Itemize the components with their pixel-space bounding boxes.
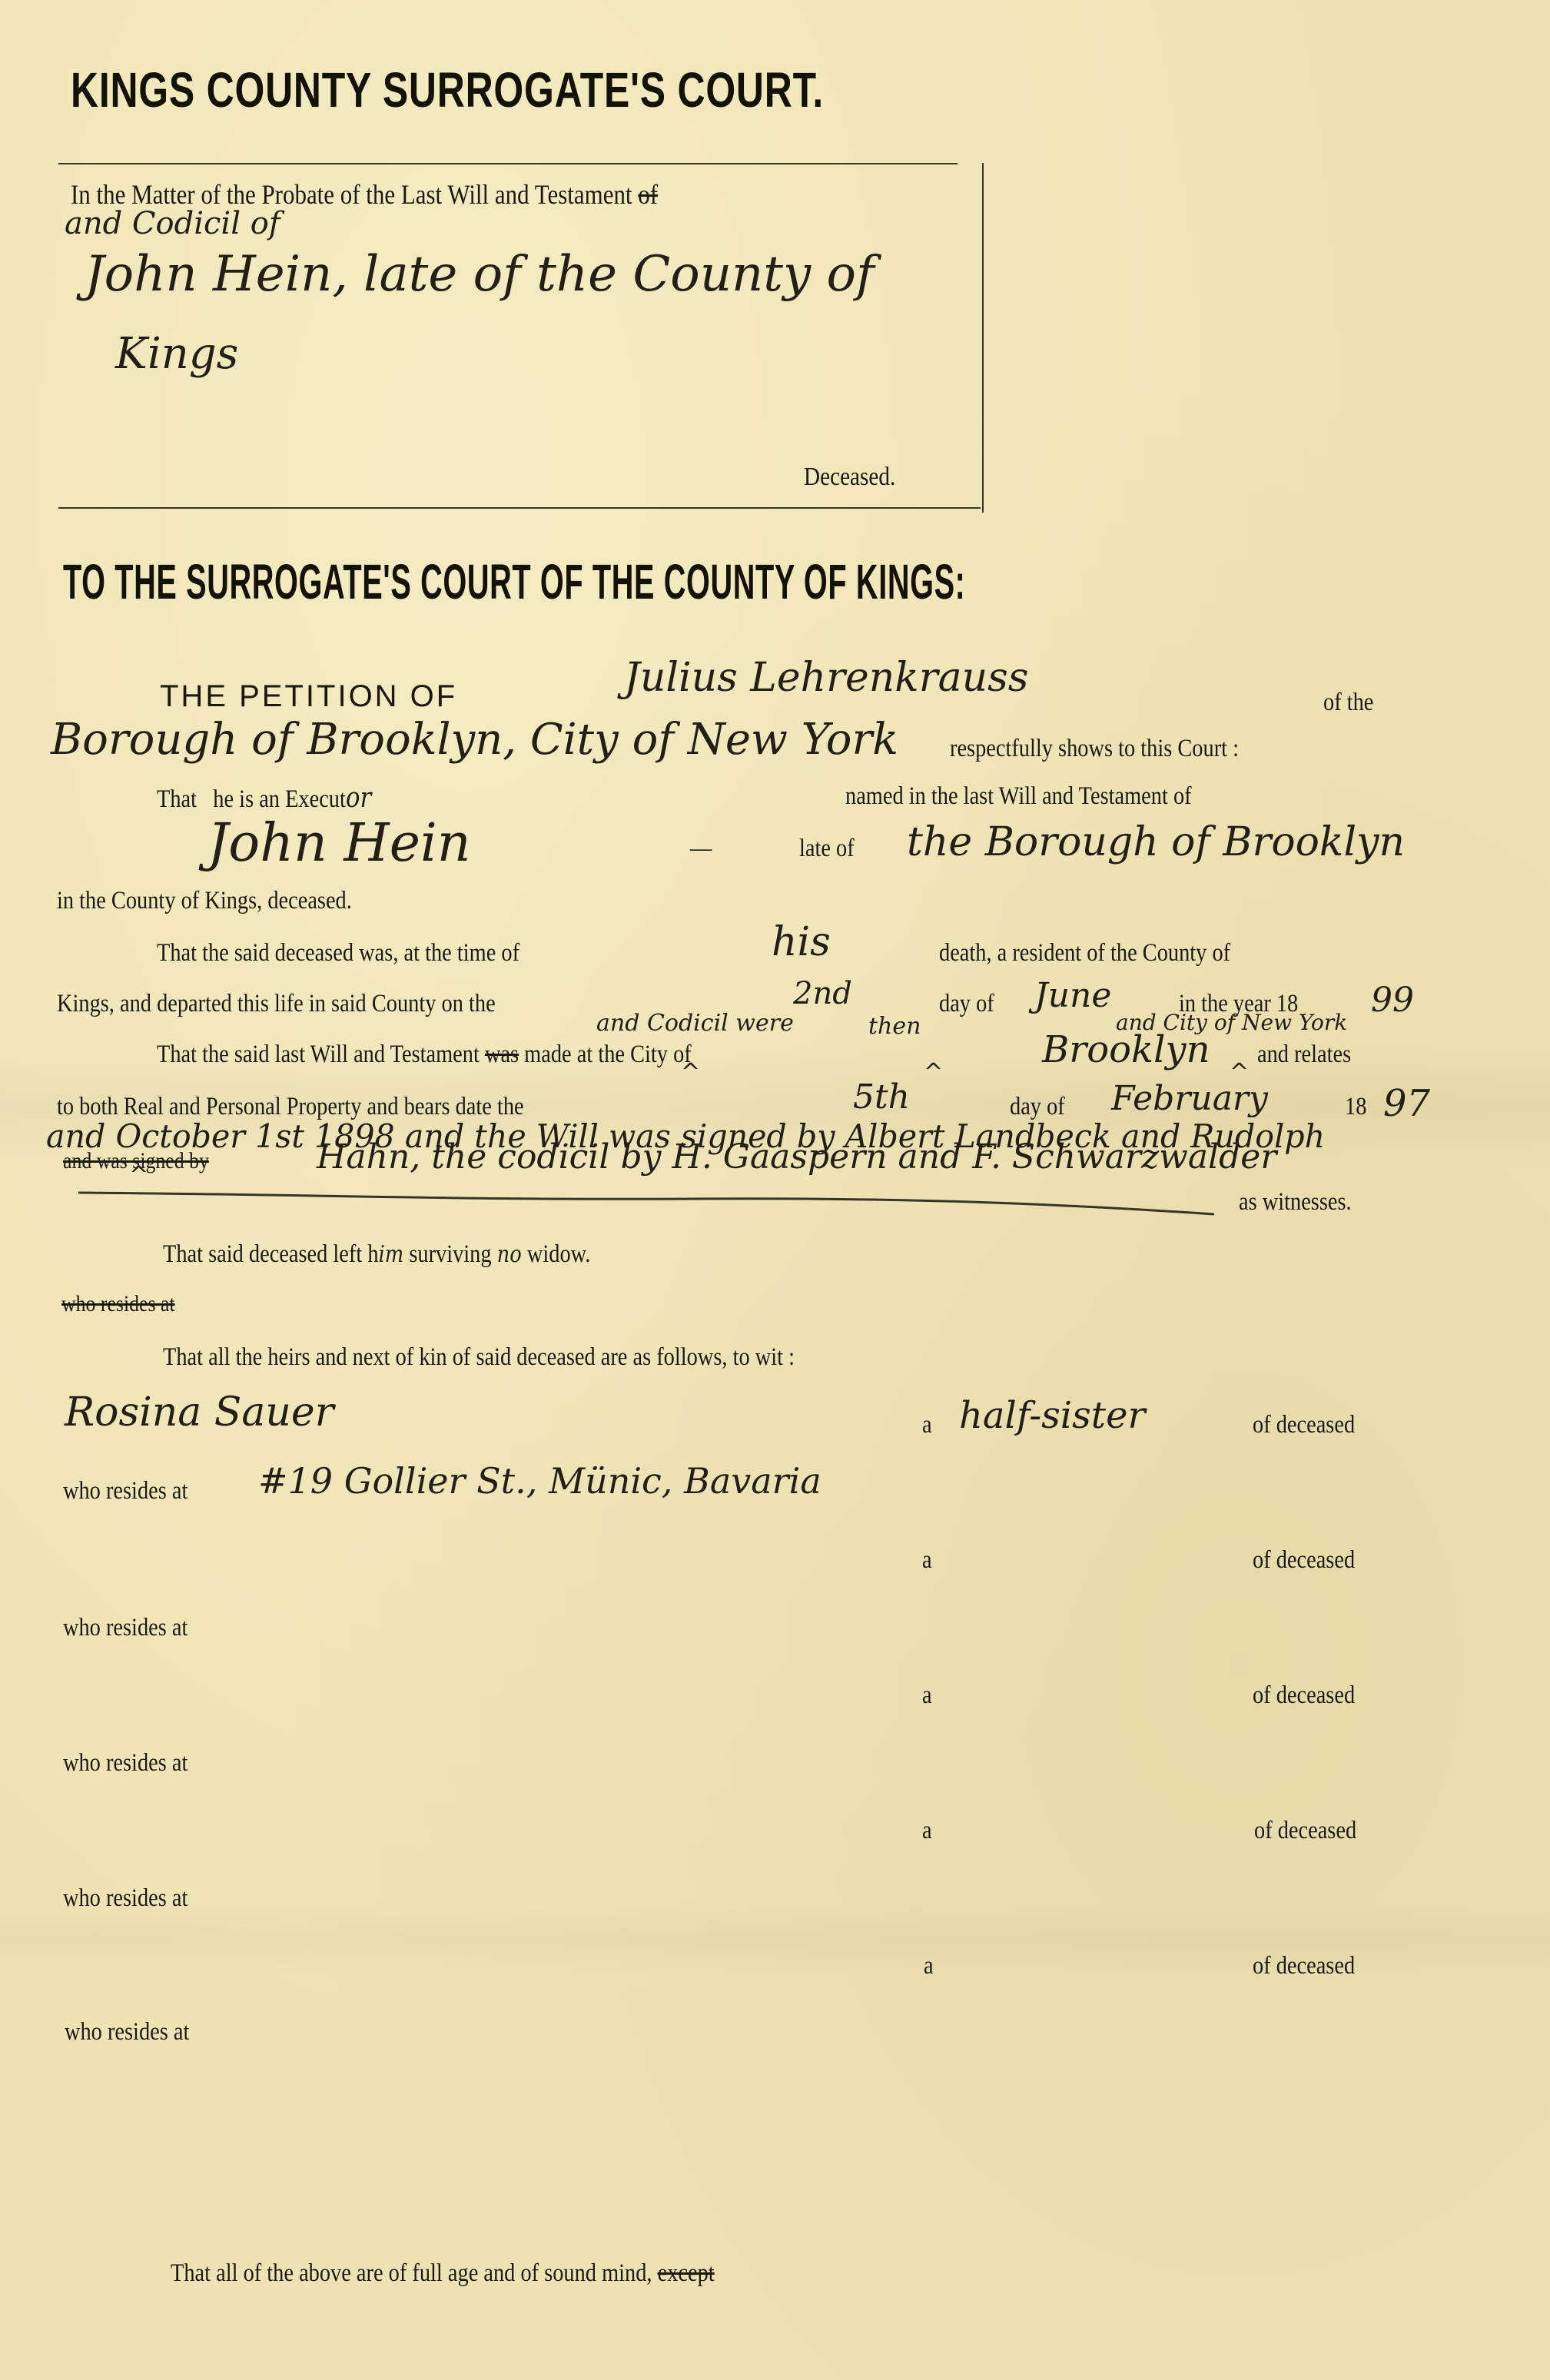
will-made-at: made at the City of: [524, 1041, 692, 1068]
heir-resides-label: who resides at: [65, 2018, 189, 2046]
name-dash: —: [690, 835, 712, 863]
will-insert-2[interactable]: then: [868, 1013, 921, 1040]
heir-a: a: [922, 1411, 932, 1439]
heir-a: a: [922, 1817, 932, 1845]
death-pronoun[interactable]: his: [772, 919, 831, 965]
petition-of-label: THE PETITION OF: [160, 679, 457, 714]
death-line1-prefix: That the said deceased was, at the time …: [157, 939, 519, 968]
will-year-suffix[interactable]: 97: [1383, 1082, 1430, 1125]
caption-bracket: [982, 163, 984, 513]
execut-text: he is an Execut: [213, 785, 346, 813]
will-struck-was: was: [485, 1041, 519, 1068]
heir-resides-label: who resides at: [63, 1884, 188, 1913]
heir-of-deceased: of deceased: [1254, 1817, 1356, 1845]
will-line1: That the said last Will and Testament wa…: [157, 1041, 692, 1069]
that-he-is-line: That he is an Executor: [157, 782, 371, 814]
will-line-prefix: That the said last Will and Testament: [157, 1041, 480, 1068]
death-line2-prefix: Kings, and departed this life in said Co…: [57, 990, 496, 1018]
heir-relation[interactable]: half-sister: [959, 1394, 1145, 1437]
heirs-intro: That all the heirs and next of kin of sa…: [163, 1343, 795, 1372]
full-age-line: That all of the above are of full age an…: [171, 2259, 715, 2288]
will-date-day[interactable]: 5th: [853, 1077, 910, 1117]
widow-no[interactable]: no: [497, 1241, 522, 1268]
insert-caret-icon: ^: [681, 1059, 700, 1086]
will-hand-line2[interactable]: Hahn, the codicil by H. Gaaspern and F. …: [317, 1137, 1276, 1177]
as-witnesses: as witnesses.: [1239, 1188, 1352, 1217]
heir-a: a: [922, 1546, 932, 1575]
heir-of-deceased: of deceased: [1253, 1411, 1355, 1439]
address-title: TO THE SURROGATE'S COURT OF THE COUNTY O…: [63, 553, 966, 610]
heir-address[interactable]: #19 Gollier St., Münic, Bavaria: [258, 1460, 821, 1502]
will-city[interactable]: Brooklyn: [1042, 1028, 1210, 1071]
full-age-text: That all of the above are of full age an…: [171, 2259, 652, 2287]
that-word: That: [157, 785, 197, 813]
named-in-text: named in the last Will and Testament of: [845, 782, 1192, 811]
testator-name[interactable]: John Hein: [207, 813, 471, 874]
heir-name[interactable]: Rosina Sauer: [65, 1389, 334, 1436]
county-line: in the County of Kings, deceased.: [57, 887, 352, 915]
heir-a: a: [922, 1681, 932, 1710]
handwritten-underline: [77, 1190, 1230, 1220]
petitioner-residence[interactable]: Borough of Brooklyn, City of New York: [51, 715, 898, 765]
widow-line: That said deceased left him surviving no…: [163, 1240, 590, 1269]
caption-hand-line1: and Codicil of: [65, 206, 280, 241]
widow-surviving: surviving: [409, 1240, 491, 1268]
caption-hand-line3: Kings: [115, 329, 238, 379]
petitioner-name[interactable]: Julius Lehrenkrauss: [624, 655, 1028, 701]
heir-of-deceased: of deceased: [1253, 1681, 1355, 1710]
widow-pronoun[interactable]: im: [379, 1241, 404, 1268]
heir-a: a: [924, 1952, 934, 1980]
death-month[interactable]: June: [1034, 976, 1111, 1015]
heir-of-deceased: of deceased: [1253, 1546, 1355, 1575]
late-of-text: late of: [799, 835, 855, 863]
insert-caret-icon: ^: [924, 1059, 943, 1086]
insert-caret-icon: ^: [129, 1162, 148, 1189]
court-title: KINGS COUNTY SURROGATE'S COURT.: [71, 61, 824, 118]
matter-struck-word: of: [638, 179, 658, 210]
heir-resides-label: who resides at: [63, 1477, 188, 1505]
struck-except: except: [658, 2259, 715, 2287]
caption-bottom-rule: [58, 507, 981, 509]
heir-resides-label: who resides at: [63, 1614, 188, 1642]
caption-hand-line2: John Hein, late of the County of: [85, 246, 875, 303]
death-year-suffix[interactable]: 99: [1371, 981, 1414, 1020]
will-and-relates: and relates: [1257, 1041, 1351, 1069]
testator-residence[interactable]: the Borough of Brooklyn: [907, 819, 1405, 865]
death-day[interactable]: 2nd: [793, 976, 852, 1011]
execut-suffix[interactable]: or: [346, 782, 371, 814]
of-the-text: of the: [1323, 689, 1373, 717]
death-day-of: day of: [939, 990, 994, 1018]
heir-resides-label: who resides at: [63, 1749, 188, 1778]
will-insert-1[interactable]: and Codicil were: [596, 1010, 794, 1037]
death-line1-suffix: death, a resident of the County of: [939, 939, 1230, 968]
widow-prefix: That said deceased left h: [163, 1240, 379, 1268]
matter-text: In the Matter of the Probate of the Last…: [71, 179, 632, 210]
caption-top-rule: [58, 163, 958, 164]
will-year-prefix: 18: [1345, 1093, 1366, 1121]
widow-word: widow.: [527, 1240, 591, 1268]
heir-of-deceased: of deceased: [1253, 1952, 1355, 1980]
will-date-month[interactable]: February: [1111, 1079, 1268, 1118]
deceased-label: Deceased.: [804, 463, 895, 492]
widow-struck-resides: who resides at: [61, 1291, 175, 1317]
respectfully-text: respectfully shows to this Court :: [950, 735, 1239, 763]
